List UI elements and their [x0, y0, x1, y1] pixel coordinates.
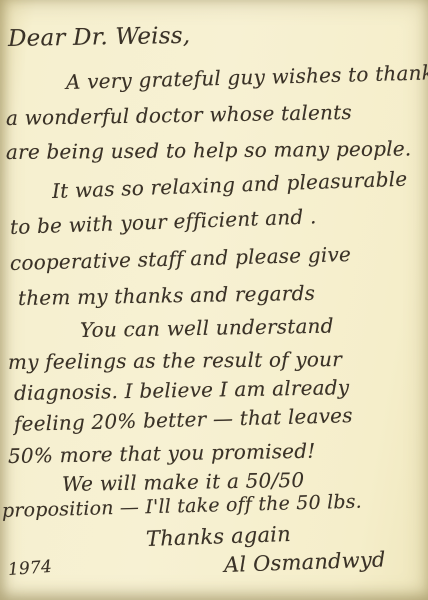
date-note: 1974: [7, 557, 52, 580]
letter-line: my feelings as the result of your: [8, 347, 342, 374]
letter-line: We will make it a 50/50: [62, 468, 305, 496]
letter-line: diagnosis. I believe I am already: [14, 375, 350, 405]
letter-line: cooperative staff and please give: [10, 242, 352, 275]
letter-line: are being used to help so many people.: [6, 136, 412, 164]
salutation: Dear Dr. Weiss,: [8, 23, 191, 52]
handwritten-letter-page: Dear Dr. Weiss, A very grateful guy wish…: [0, 0, 428, 600]
letter-line: them my thanks and regards: [18, 281, 315, 310]
letter-line: It was so relaxing and pleasurable: [52, 167, 408, 203]
letter-line: 50% more that you promised!: [8, 439, 316, 468]
letter-line: a wonderful doctor whose talents: [6, 100, 352, 130]
letter-line: A very grateful guy wishes to thank: [66, 60, 428, 94]
letter-line: proposition — I'll take off the 50 lbs.: [2, 491, 362, 522]
letter-line: You can well understand: [80, 314, 334, 342]
letter-line: feeling 20% better — that leaves: [14, 403, 353, 436]
closing-line: Thanks again: [146, 522, 292, 551]
letter-line: to be with your efficient and .: [10, 204, 317, 239]
signature: Al Osmandwyd: [224, 547, 386, 577]
